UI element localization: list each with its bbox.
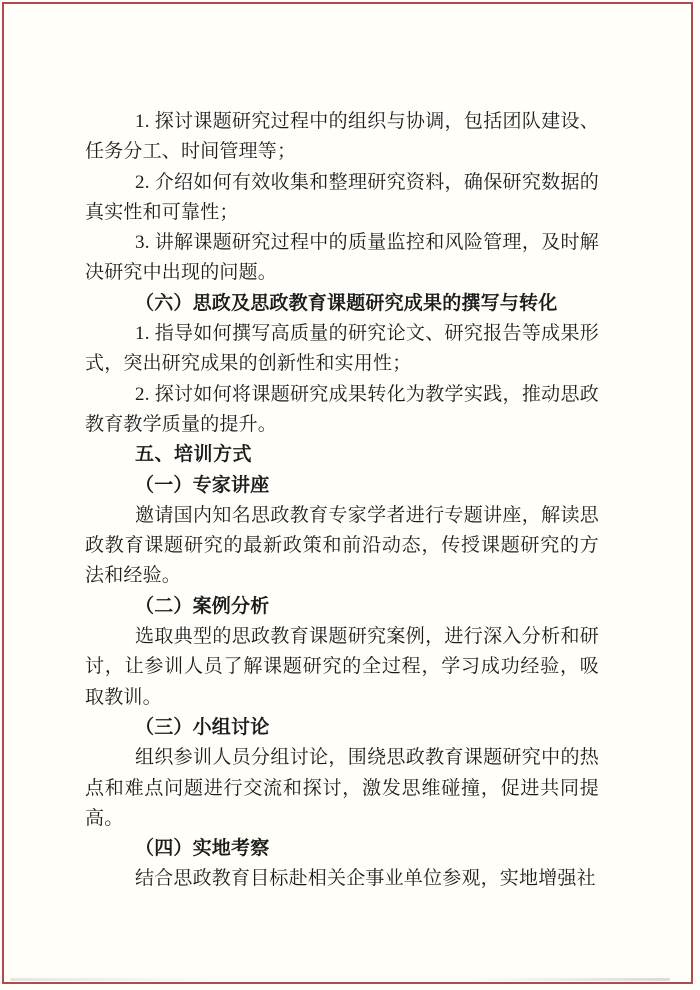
subsection-heading-two: （二）案例分析	[85, 592, 599, 622]
paragraph-item-5: 2. 探讨如何将课题研究成果转化为教学实践，推动思政教育教学质量的提升。	[85, 380, 599, 441]
paragraph-expert-lecture: 邀请国内知名思政教育专家学者进行专题讲座，解读思政教育课题研究的最新政策和前沿动…	[85, 501, 599, 592]
paragraph-item-2: 2. 介绍如何有效收集和整理研究资料，确保研究数据的真实性和可靠性；	[85, 168, 599, 229]
subsection-heading-one: （一）专家讲座	[85, 471, 599, 501]
subsection-heading-six: （六）思政及思政教育课题研究成果的撰写与转化	[85, 289, 599, 319]
paragraph-group-discussion: 组织参训人员分组讨论，围绕思政教育课题研究中的热点和难点问题进行交流和探讨，激发…	[85, 743, 599, 834]
paragraph-item-1: 1. 探讨课题研究过程中的组织与协调，包括团队建设、任务分工、时间管理等；	[85, 107, 599, 168]
paragraph-item-3: 3. 讲解课题研究过程中的质量监控和风险管理，及时解决研究中出现的问题。	[85, 228, 599, 289]
scan-artifact	[10, 978, 670, 981]
section-heading-five: 五、培训方式	[85, 440, 599, 470]
document-body: 1. 探讨课题研究过程中的组织与协调，包括团队建设、任务分工、时间管理等； 2.…	[85, 107, 599, 895]
paragraph-field-visit: 结合思政教育目标赴相关企事业单位参观，实地增强社	[85, 864, 599, 894]
subsection-heading-three: （三）小组讨论	[85, 713, 599, 743]
subsection-heading-four: （四）实地考察	[85, 834, 599, 864]
paragraph-item-4: 1. 指导如何撰写高质量的研究论文、研究报告等成果形式，突出研究成果的创新性和实…	[85, 319, 599, 380]
paragraph-case-analysis: 选取典型的思政教育课题研究案例，进行深入分析和研讨，让参训人员了解课题研究的全过…	[85, 622, 599, 713]
